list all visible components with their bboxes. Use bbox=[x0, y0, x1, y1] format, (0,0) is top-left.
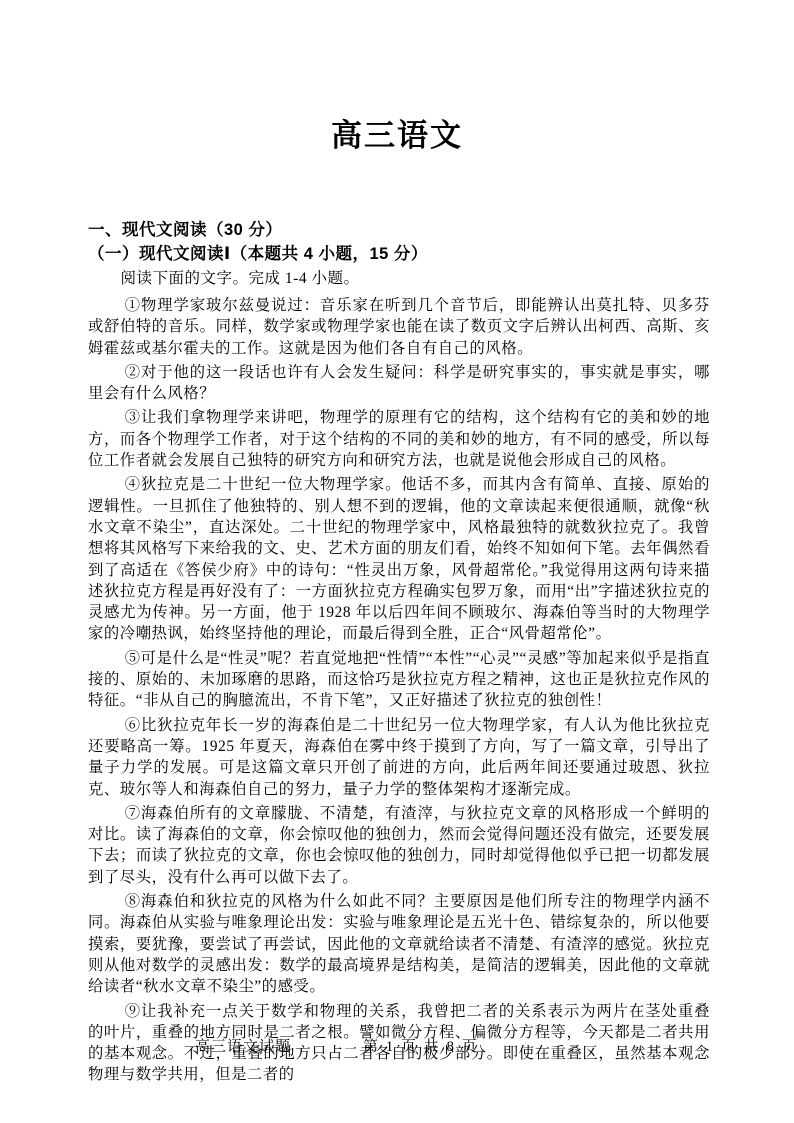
passage-paragraph: ③让我们拿物理学来讲吧，物理学的原理有它的结构，这个结构有它的美和妙的地方，而各… bbox=[88, 407, 710, 471]
subsection-heading: （一）现代文阅读Ⅰ（本题共 4 小题，15 分） bbox=[88, 242, 710, 266]
passage-paragraph: ④狄拉克是二十世纪一位大物理学家。他话不多，而其内含有简单、直接、原始的逻辑性。… bbox=[88, 474, 710, 644]
passage-paragraph: ②对于他的这一段话也许有人会发生疑问：科学是研究事实的，事实就是事实，哪里会有什… bbox=[88, 362, 710, 405]
exam-page: 高三语文 一、现代文阅读（30 分） （一）现代文阅读Ⅰ（本题共 4 小题，15… bbox=[0, 0, 794, 1123]
footer-page-number: 第 1 页 共 8 页 bbox=[363, 1036, 479, 1058]
passage: ①物理学家玻尔兹曼说过：音乐家在听到几个音节后，即能辨认出莫扎特、贝多芬或舒伯特… bbox=[88, 295, 710, 1086]
section-headings: 一、现代文阅读（30 分） （一）现代文阅读Ⅰ（本题共 4 小题，15 分） 阅… bbox=[88, 218, 710, 291]
passage-paragraph: ①物理学家玻尔兹曼说过：音乐家在听到几个音节后，即能辨认出莫扎特、贝多芬或舒伯特… bbox=[88, 295, 710, 359]
section-heading: 一、现代文阅读（30 分） bbox=[88, 218, 710, 242]
passage-paragraph: ⑦海森伯所有的文章朦胧、不清楚，有渣滓，与狄拉克文章的风格形成一个鲜明的对比。读… bbox=[88, 803, 710, 888]
passage-paragraph: ⑤可是什么是“性灵”呢？若直觉地把“性情”“本性”“心灵”“灵感”等加起来似乎是… bbox=[88, 648, 710, 712]
passage-paragraph: ⑧海森伯和狄拉克的风格为什么如此不同？主要原因是他们所专注的物理学内涵不同。海森… bbox=[88, 891, 710, 997]
instruction-line: 阅读下面的文字。完成 1-4 小题。 bbox=[88, 266, 710, 291]
footer-doc-title: 高三语文试题 bbox=[195, 1036, 291, 1058]
passage-paragraph: ⑥比狄拉克年长一岁的海森伯是二十世纪另一位大物理学家，有人认为他比狄拉克还要略高… bbox=[88, 715, 710, 800]
page-title: 高三语文 bbox=[0, 0, 794, 156]
page-footer: 高三语文试题 第 1 页 共 8 页 bbox=[0, 1036, 794, 1058]
